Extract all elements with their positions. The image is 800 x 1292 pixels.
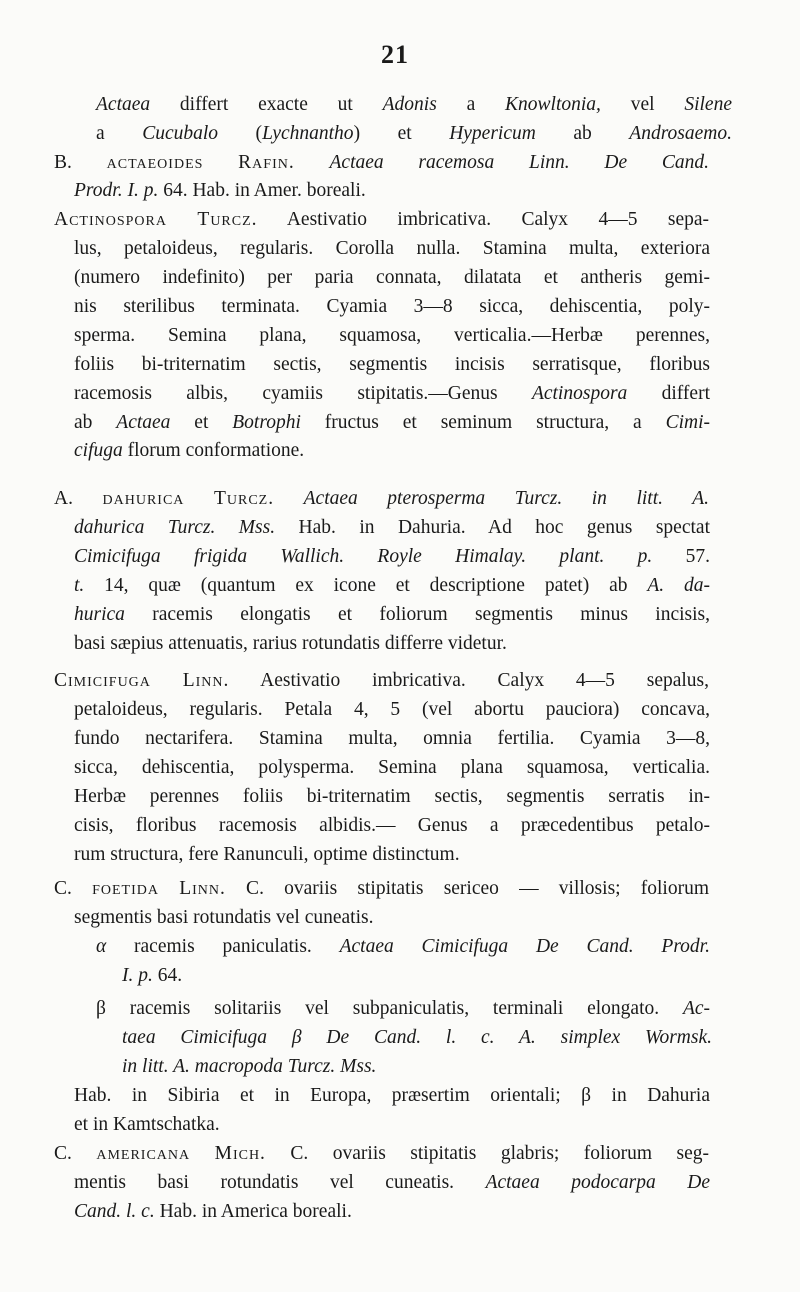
roman-text: cisis, floribus racemosis albidis.— Genu… [74, 815, 710, 836]
roman-text: et [170, 412, 232, 433]
roman-text: rum structura, fere Ranunculi, optime di… [74, 844, 460, 865]
roman-text: Hab. in Sibiria et in Europa, præsertim … [74, 1085, 710, 1106]
text-line-cimicifuga: sicca, dehiscentia, polysperma. Semina p… [74, 755, 710, 781]
text-line-actinospora: (numero indefinito) per paria connata, d… [74, 265, 710, 291]
small-caps-text: Mich. [215, 1143, 266, 1164]
italic-text: hurica [74, 604, 125, 625]
text-line-a-dahurica: basi sæpius attenuatis, rarius rotundati… [74, 631, 507, 657]
text-line-actinospora: cifuga florum conformatione. [74, 438, 304, 464]
text-line-actinospora: ab Actaea et Botrophi fructus et seminum… [74, 410, 710, 436]
italic-text: in litt. A. macropoda Turcz. Mss. [122, 1056, 376, 1077]
text-line-cimicifuga: rum structura, fere Ranunculi, optime di… [74, 842, 460, 868]
text-line-b-actaeoides: Prodr. I. p. 64. Hab. in Amer. boreali. [74, 178, 366, 204]
roman-text: (numero indefinito) per paria connata, d… [74, 267, 710, 288]
roman-text [151, 670, 183, 691]
page-number: 21 [0, 40, 790, 70]
italic-text: Lychnantho [262, 123, 354, 144]
text-line-b-actaeoides: B. actaeoides Rafin. Actaea racemosa Lin… [54, 150, 709, 176]
italic-text: A. da- [647, 575, 710, 596]
roman-text: vel [601, 94, 684, 115]
roman-text [159, 878, 179, 899]
roman-text: petaloideus, regularis. Petala 4, 5 (vel… [74, 699, 710, 720]
text-line-a-dahurica: t. 14, quæ (quantum ex icone et descript… [74, 573, 710, 599]
text-line-cimicifuga: Cimicifuga Linn. Aestivatio imbricativa.… [54, 668, 709, 694]
text-line-a-dahurica: hurica racemis elongatis et foliorum seg… [74, 602, 710, 628]
roman-text: C. [54, 1143, 96, 1164]
small-caps-text: Turcz. [197, 209, 257, 230]
roman-text [167, 209, 197, 230]
roman-text: ab [536, 123, 629, 144]
small-caps-text: Turcz. [214, 488, 274, 509]
text-line-a-dahurica: A. dahurica Turcz. Actaea pterosperma Tu… [54, 486, 709, 512]
roman-text: Herbæ perennes foliis bi-triternatim sec… [74, 786, 710, 807]
italic-text: Actaea racemosa Linn. De Cand. [330, 152, 710, 173]
text-line-c-americana: C. americana Mich. C. ovariis stipitatis… [54, 1141, 709, 1167]
roman-text: 57. [652, 546, 710, 567]
text-line-c-foetida-alpha: α racemis paniculatis. Actaea Cimicifuga… [96, 934, 710, 960]
small-caps-text: foetida [92, 878, 159, 899]
italic-text: Botrophi [232, 412, 301, 433]
text-line-c-foetida-alpha: I. p. 64. [122, 963, 182, 989]
italic-text: Silene [684, 94, 732, 115]
roman-text: differt [627, 383, 710, 404]
text-line-cimicifuga: Herbæ perennes foliis bi-triternatim sec… [74, 784, 710, 810]
text-line-intro: Actaea differt exacte ut Adonis a Knowlt… [96, 92, 732, 118]
italic-text: α [96, 936, 106, 957]
italic-text: taea Cimicifuga β De Cand. l. c. A. simp… [122, 1027, 712, 1048]
italic-text: Actaea Cimicifuga De Cand. Prodr. [340, 936, 710, 957]
italic-text: Androsaemo. [629, 123, 732, 144]
roman-text [184, 488, 214, 509]
roman-text: Hab. in America boreali. [155, 1201, 352, 1222]
roman-text: 64. [153, 965, 182, 986]
text-line-c-americana: Cand. l. c. Hab. in America boreali. [74, 1199, 352, 1225]
roman-text: a [96, 123, 142, 144]
roman-text: racemis elongatis et foliorum segmentis … [125, 604, 710, 625]
italic-text: Actaea [116, 412, 170, 433]
roman-text: B. [54, 152, 107, 173]
small-caps-text: Actinospora [54, 209, 167, 230]
roman-text [274, 488, 304, 509]
text-line-cimicifuga: petaloideus, regularis. Petala 4, 5 (vel… [74, 697, 710, 723]
italic-text: Adonis [383, 94, 437, 115]
roman-text: foliis bi-triternatim sectis, segmentis … [74, 354, 710, 375]
book-page: 21 Actaea differt exacte ut Adonis a Kno… [0, 0, 800, 1292]
roman-text: racemosis albis, cyamiis stipitatis.—Gen… [74, 383, 532, 404]
italic-text: Actaea pterosperma Turcz. in litt. A. [304, 488, 709, 509]
italic-text: Hypericum [449, 123, 536, 144]
text-line-c-foetida: segmentis basi rotundatis vel cuneatis. [74, 905, 373, 931]
italic-text: I. p. [122, 965, 153, 986]
small-caps-text: dahurica [103, 488, 185, 509]
roman-text: nis sterilibus terminata. Cyamia 3—8 sic… [74, 296, 710, 317]
roman-text: 14, quæ (quantum ex icone et description… [84, 575, 647, 596]
text-line-actinospora: nis sterilibus terminata. Cyamia 3—8 sic… [74, 294, 710, 320]
roman-text: florum conformatione. [123, 440, 304, 461]
small-caps-text: Cimicifuga [54, 670, 151, 691]
italic-text: Actaea [96, 94, 150, 115]
roman-text: β racemis solitariis vel subpaniculatis,… [96, 998, 683, 1019]
roman-text: Aestivatio imbricativa. Calyx 4—5 sepalu… [229, 670, 709, 691]
roman-text: 64. Hab. in Amer. boreali. [158, 180, 365, 201]
roman-text: fundo nectarifera. Stamina multa, omnia … [74, 728, 710, 749]
text-line-actinospora: foliis bi-triternatim sectis, segmentis … [74, 352, 710, 378]
roman-text: segmentis basi rotundatis vel cuneatis. [74, 907, 373, 928]
text-line-intro: a Cucubalo (Lychnantho) et Hypericum ab … [96, 121, 732, 147]
roman-text: fructus et seminum structura, a [301, 412, 666, 433]
italic-text: Ac- [683, 998, 710, 1019]
roman-text [203, 152, 238, 173]
small-caps-text: americana [96, 1143, 190, 1164]
text-line-c-foetida-hab: et in Kamtschatka. [74, 1112, 220, 1138]
italic-text: dahurica Turcz. Mss. [74, 517, 275, 538]
italic-text: Knowltonia, [505, 94, 601, 115]
roman-text [295, 152, 330, 173]
text-line-cimicifuga: cisis, floribus racemosis albidis.— Genu… [74, 813, 710, 839]
roman-text: a [437, 94, 505, 115]
roman-text: ab [74, 412, 116, 433]
roman-text: Aestivatio imbricativa. Calyx 4—5 sepa- [258, 209, 709, 230]
text-line-actinospora: racemosis albis, cyamiis stipitatis.—Gen… [74, 381, 710, 407]
text-line-a-dahurica: Cimicifuga frigida Wallich. Royle Himala… [74, 544, 710, 570]
text-line-cimicifuga: fundo nectarifera. Stamina multa, omnia … [74, 726, 710, 752]
small-caps-text: Linn. [179, 878, 226, 899]
roman-text: lus, petaloideus, regularis. Corolla nul… [74, 238, 710, 259]
text-line-actinospora: sperma. Semina plana, squamosa, vertical… [74, 323, 710, 349]
text-line-c-foetida-beta: β racemis solitariis vel subpaniculatis,… [96, 996, 710, 1022]
small-caps-text: actaeoides [107, 152, 204, 173]
text-line-c-foetida-beta: taea Cimicifuga β De Cand. l. c. A. simp… [122, 1025, 712, 1051]
text-line-actinospora: Actinospora Turcz. Aestivatio imbricativ… [54, 207, 709, 233]
italic-text: Cucubalo [142, 123, 218, 144]
italic-text: Cimi- [666, 412, 710, 433]
roman-text: racemis paniculatis. [106, 936, 339, 957]
roman-text: mentis basi rotundatis vel cuneatis. [74, 1172, 486, 1193]
roman-text: differt exacte ut [150, 94, 382, 115]
italic-text: Cand. l. c. [74, 1201, 155, 1222]
text-line-c-foetida-beta: in litt. A. macropoda Turcz. Mss. [122, 1054, 376, 1080]
roman-text: C. ovariis stipitatis sericeo — villosis… [226, 878, 709, 899]
roman-text: Hab. in Dahuria. Ad hoc genus spectat [275, 517, 710, 538]
roman-text: ( [218, 123, 262, 144]
text-line-c-americana: mentis basi rotundatis vel cuneatis. Act… [74, 1170, 710, 1196]
text-line-a-dahurica: dahurica Turcz. Mss. Hab. in Dahuria. Ad… [74, 515, 710, 541]
text-line-actinospora: lus, petaloideus, regularis. Corolla nul… [74, 236, 710, 262]
text-line-c-foetida: C. foetida Linn. C. ovariis stipitatis s… [54, 876, 709, 902]
roman-text: C. [54, 878, 92, 899]
roman-text: basi sæpius attenuatis, rarius rotundati… [74, 633, 507, 654]
italic-text: cifuga [74, 440, 123, 461]
roman-text: ) et [354, 123, 450, 144]
text-line-c-foetida-hab: Hab. in Sibiria et in Europa, præsertim … [74, 1083, 710, 1109]
italic-text: Actaea podocarpa De [486, 1172, 710, 1193]
roman-text: sicca, dehiscentia, polysperma. Semina p… [74, 757, 710, 778]
roman-text: C. ovariis stipitatis glabris; foliorum … [266, 1143, 709, 1164]
italic-text: Cimicifuga frigida Wallich. Royle Himala… [74, 546, 652, 567]
small-caps-text: Rafin. [238, 152, 295, 173]
roman-text: sperma. Semina plana, squamosa, vertical… [74, 325, 710, 346]
italic-text: Prodr. I. p. [74, 180, 158, 201]
roman-text: A. [54, 488, 103, 509]
roman-text [190, 1143, 214, 1164]
italic-text: Actinospora [532, 383, 627, 404]
roman-text: et in Kamtschatka. [74, 1114, 220, 1135]
small-caps-text: Linn. [183, 670, 230, 691]
italic-text: t. [74, 575, 84, 596]
